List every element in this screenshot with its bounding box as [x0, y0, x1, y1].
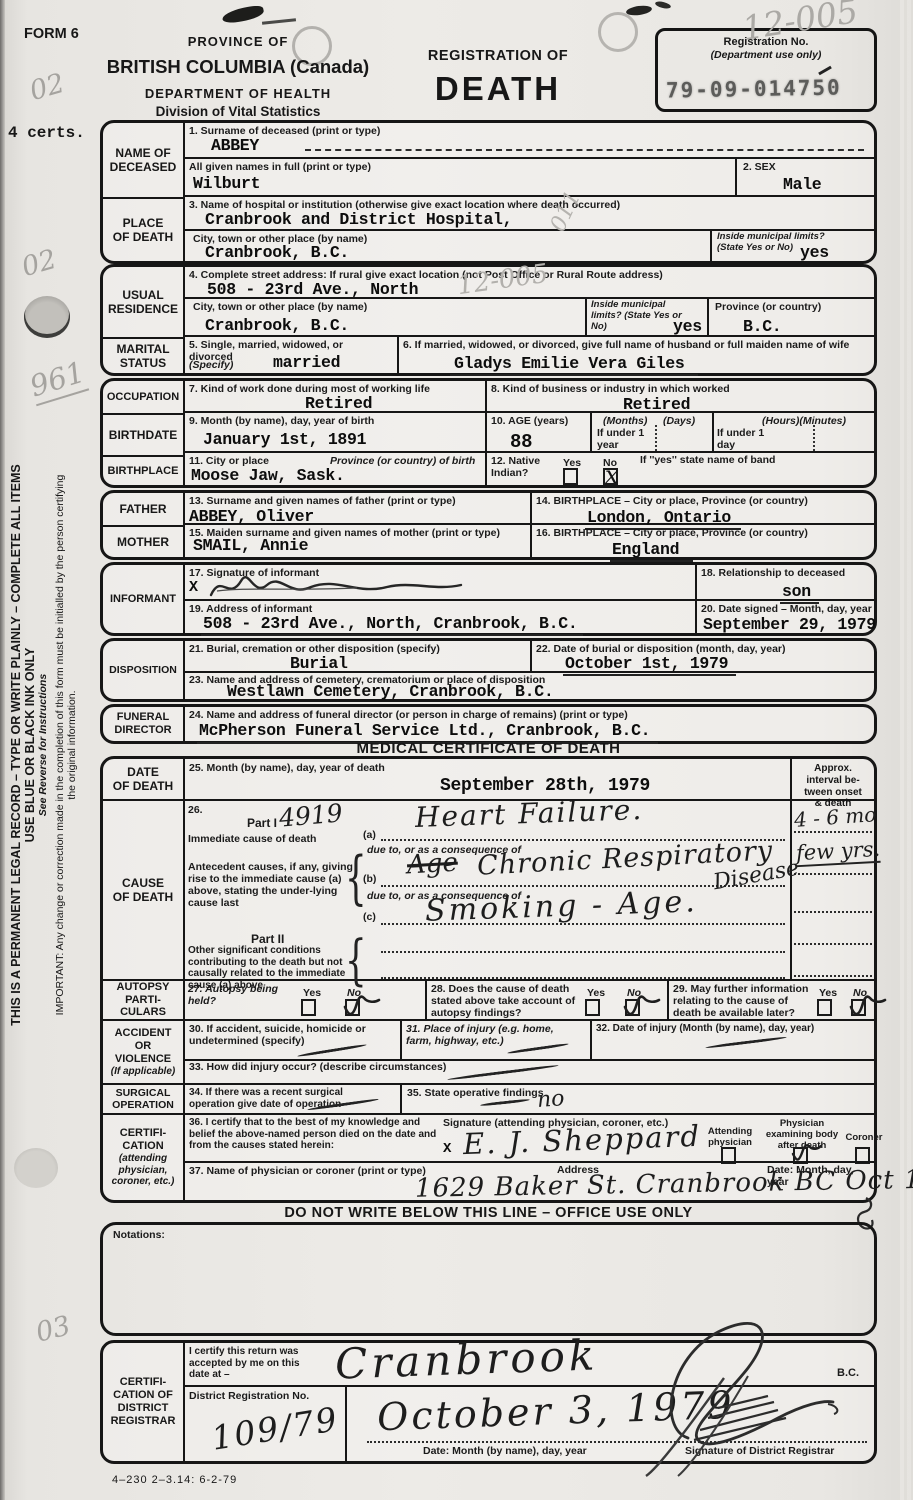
- handwritten-dash: [705, 1036, 787, 1049]
- form-number: FORM 6: [24, 26, 79, 42]
- handwritten-dash: [480, 1098, 530, 1106]
- registration-no-value: 79-09-014750: [666, 75, 842, 102]
- ink-smudge: [262, 18, 296, 25]
- cause-c-label: (c): [363, 911, 376, 923]
- spouse-value: Gladys Emilie Vera Giles: [450, 354, 698, 376]
- sex-value: Male: [783, 175, 821, 194]
- ink-smudge: [626, 4, 653, 17]
- residence-limits-label: Inside municipal limits? (State Yes or N…: [591, 300, 683, 333]
- cell-divider: [585, 299, 587, 335]
- margin-line4: IMPORTANT: Any change or correction made…: [54, 430, 78, 1060]
- section-label-surgical: SURGICALOPERATION: [103, 1085, 183, 1115]
- part2-line: [381, 977, 785, 979]
- birthdate-value: January 1st, 1891: [203, 430, 366, 449]
- department: DEPARTMENT OF HEALTH: [108, 86, 368, 101]
- limits-value: yes: [800, 243, 829, 262]
- death-registration-scan: FORM 6 02 4 certs. 02 961 03 PROVINCE OF…: [0, 0, 913, 1500]
- q29-yes: Yes: [819, 987, 837, 999]
- cemetery-value: Westlawn Cemetery, Cranbrook, B.C.: [227, 682, 553, 701]
- q36-label: 36. I certify that to the best of my kno…: [189, 1117, 437, 1152]
- marital-value: married: [273, 353, 340, 372]
- funeral-director-box: FUNERALDIRECTOR 24. Name and address of …: [100, 704, 877, 744]
- days-label: (Days): [663, 415, 695, 427]
- section-label-place-of-death: PLACEOF DEATH: [103, 199, 183, 261]
- q27-yes-checkbox: [301, 999, 316, 1016]
- pencil-mark: 02: [18, 244, 60, 283]
- district-registrar-signature: [628, 1318, 858, 1478]
- cell-divider: [485, 413, 487, 451]
- informant-address-value: 508 - 23rd Ave., North, Cranbrook, B.C.: [201, 614, 583, 636]
- age-value: 88: [510, 431, 532, 453]
- cell-divider: [400, 1085, 402, 1113]
- registration-of: REGISTRATION OF: [378, 48, 618, 64]
- street-value: 508 - 23rd Ave., North: [207, 280, 418, 299]
- native-yes-checkbox: [563, 468, 578, 485]
- birthplace-value: Moose Jaw, Sask.: [191, 466, 345, 485]
- cause-a-value: Heart Failure.: [414, 793, 643, 834]
- cell-divider: [530, 493, 532, 523]
- q27-yes: Yes: [303, 987, 321, 999]
- part1-handwritten-code: 4919: [278, 798, 344, 832]
- date-signed-value: September 29, 1979: [703, 615, 876, 634]
- q29-no-checkmark: [847, 993, 887, 1021]
- cell-divider: [712, 413, 714, 451]
- section-label-disposition: DISPOSITION: [103, 641, 183, 699]
- province-label: Province (or country): [715, 301, 821, 313]
- q34-label: 34. If there was a recent surgical opera…: [189, 1087, 389, 1110]
- cause-b-struck-value: Age: [406, 848, 458, 881]
- q27-no-checkmark: [341, 993, 381, 1021]
- death-title: DEATH: [378, 70, 618, 108]
- residence-limits-value: yes: [673, 317, 702, 336]
- q29-yes-checkbox: [817, 999, 832, 1016]
- cause-26-label: 26.: [188, 804, 203, 816]
- father-name-value: ABBEY, Oliver: [189, 507, 314, 526]
- cell-divider: [710, 231, 712, 261]
- cell-divider: [695, 601, 697, 633]
- cell-divider: [530, 525, 532, 557]
- margin-line2: USE BLUE OR BLACK INK ONLY: [23, 430, 37, 1060]
- occupation-birth-box: OCCUPATION BIRTHDATE BIRTHPLACE 7. Kind …: [100, 378, 877, 488]
- q29-label: 29. May further information relating to …: [673, 983, 815, 1019]
- age-label: 10. AGE (years): [491, 415, 568, 427]
- q28-no-checkmark: [621, 993, 661, 1021]
- antecedent-label: Antecedent causes, if any, giving rise t…: [188, 861, 358, 909]
- q28-label: 28. Does the cause of death stated above…: [431, 983, 586, 1019]
- q33-label: 33. How did injury occur? (describe circ…: [189, 1061, 446, 1073]
- native-indian-label: 12. Native Indian?: [491, 455, 549, 479]
- cause-b-label: (b): [363, 873, 376, 885]
- section-label-mother: MOTHER: [103, 527, 183, 557]
- father-birthplace-label: 14. BIRTHPLACE – City or place, Province…: [536, 495, 808, 507]
- do-not-write-line: DO NOT WRITE BELOW THIS LINE – OFFICE US…: [100, 1205, 877, 1221]
- pencil-mark: 02: [26, 68, 68, 107]
- part1-label: Part I: [247, 817, 277, 831]
- ink-smudge: [221, 4, 265, 25]
- hours-label: (Hours)(Minutes): [762, 415, 846, 427]
- province-value: B.C.: [743, 317, 781, 336]
- under-day-label: If under 1 day: [717, 427, 769, 451]
- section-label-district-registrar: CERTIFI-CATION OF DISTRICTREGISTRAR: [103, 1343, 183, 1461]
- informant-signature: [207, 571, 467, 601]
- district-reg-no-value: 109/79: [209, 1399, 342, 1458]
- cell-divider: [345, 1387, 347, 1461]
- sex-label: 2. SEX: [743, 161, 776, 173]
- part2-line: [381, 951, 785, 953]
- cell-divider: [590, 413, 592, 451]
- handwritten-dash: [447, 1064, 559, 1081]
- cell-divider: [590, 1021, 592, 1059]
- writing-line: [305, 149, 864, 151]
- name-place-box: NAME OFDECEASED PLACEOF DEATH 1. Surname…: [100, 120, 877, 264]
- section-label-birthdate: BIRTHDATE: [103, 415, 183, 457]
- death-date-label: 25. Month (by name), day, year of death: [189, 762, 385, 774]
- q35-answer: no: [536, 1086, 565, 1113]
- funeral-director-label: 24. Name and address of funeral director…: [189, 709, 628, 721]
- section-label-cause-of-death: CAUSEOF DEATH: [103, 801, 183, 981]
- q32-label: 32. Date of injury (Month (by name), day…: [596, 1023, 872, 1035]
- registration-no-sub: (Department use only): [658, 49, 874, 61]
- cell-divider: [667, 981, 669, 1019]
- punch-hole: [14, 1148, 58, 1188]
- industry-value: Retired: [623, 395, 690, 414]
- form-code: 4–230 2–3.14: 6-2-79: [112, 1474, 237, 1486]
- margin-line3: See Reverse for Instructions: [37, 430, 49, 1060]
- under-year-label: If under 1 year: [597, 427, 649, 451]
- ink-smudge: [655, 0, 672, 10]
- mother-name-value: SMAIL, Annie: [193, 536, 308, 555]
- relationship-label: 18. Relationship to deceased: [701, 567, 845, 579]
- accepted-label: I certify this return was accepted by me…: [189, 1346, 321, 1381]
- section-label-father: FATHER: [103, 493, 183, 527]
- section-label-birthplace: BIRTHPLACE: [103, 457, 183, 485]
- section-label-funeral-director: FUNERALDIRECTOR: [103, 707, 183, 741]
- physician-x: X: [443, 1141, 451, 1157]
- ink-tick: [818, 66, 832, 76]
- birth-province-label: Province (or country) of birth: [330, 455, 475, 467]
- mother-birthplace-label: 16. BIRTHPLACE – City or place, Province…: [536, 527, 808, 539]
- division: Division of Vital Statistics: [108, 104, 368, 119]
- disposition-type-value: Burial: [290, 654, 348, 673]
- scan-left-edge: [0, 0, 5, 1500]
- cell-divider: [530, 641, 532, 671]
- q35-label: 35. State operative findings: [407, 1087, 544, 1099]
- registrar-date-label: Date: Month (by name), day, year: [423, 1445, 587, 1457]
- section-label-name-of-deceased: NAME OFDECEASED: [103, 123, 183, 199]
- given-names-label: All given names in full (print or type): [189, 161, 371, 173]
- pencil-mark: 03: [33, 1310, 74, 1348]
- immediate-cause-label: Immediate cause of death: [188, 833, 363, 845]
- native-no-mark: x: [605, 461, 619, 489]
- mother-birthplace-value: England: [610, 540, 693, 562]
- margin-instructions: THIS IS A PERMANENT LEGAL RECORD – TYPE …: [9, 430, 95, 1060]
- parents-box: FATHER MOTHER 13. Surname and given name…: [100, 490, 877, 560]
- surname-value: ABBEY: [211, 136, 259, 155]
- medical-certificate-title: MEDICAL CERTIFICATE OF DEATH: [100, 740, 877, 757]
- marital-specify-label: (Specify): [189, 359, 233, 371]
- q37-label: 37. Name of physician or coroner (print …: [189, 1165, 426, 1177]
- residence-marital-box: USUALRESIDENCE MARITALSTATUS 4. Complete…: [100, 264, 877, 376]
- district-reg-no-label: District Registration No.: [189, 1390, 339, 1402]
- work-value: Retired: [305, 394, 372, 413]
- province-of: PROVINCE OF: [118, 34, 358, 49]
- birthdate-label: 9. Month (by name), day, year of birth: [189, 415, 374, 427]
- q27-label: 27. Autopsy being held?: [188, 983, 288, 1007]
- informant-x: X: [189, 579, 198, 596]
- medical-certificate-box: DATEOF DEATH CAUSEOF DEATH AUTOPSYPARTI-…: [100, 756, 877, 1203]
- q31-label: 31. Place of injury (e.g. home, farm, hi…: [406, 1023, 556, 1047]
- q30-label: 30. If accident, suicide, homicide or un…: [189, 1023, 384, 1047]
- hospital-value: Cranbrook and District Hospital,: [205, 210, 512, 229]
- cell-divider: [397, 337, 399, 373]
- spouse-label: 6. If married, widowed, or divorced, giv…: [403, 339, 873, 351]
- pencil-mark: 12-005: [455, 259, 550, 301]
- cell-divider: [707, 299, 709, 335]
- section-label-usual-residence: USUALRESIDENCE: [103, 267, 183, 339]
- staple-hole-ring: [598, 12, 638, 52]
- physician-address-value: 1629 Baker St. Cranbrook BC Oct 1/79: [415, 1164, 913, 1204]
- residence-city-value: Cranbrook, B.C.: [205, 316, 349, 335]
- registrar-place-handwritten: Cranbrook: [334, 1330, 599, 1388]
- pencil-mark: 961: [26, 355, 90, 407]
- cell-divider: [400, 1021, 402, 1059]
- industry-label: 8. Kind of business or industry in which…: [491, 383, 730, 395]
- section-label-date-of-death: DATEOF DEATH: [103, 759, 183, 801]
- coroner-label: Coroner: [841, 1133, 887, 1144]
- section-label-autopsy: AUTOPSYPARTI-CULARS: [103, 981, 183, 1021]
- province-name: BRITISH COLUMBIA (Canada): [88, 56, 388, 78]
- section-label-informant: INFORMANT: [103, 565, 183, 633]
- cell-divider: [485, 453, 487, 485]
- cell-divider: [425, 981, 427, 1019]
- notations-label: Notations:: [113, 1229, 165, 1241]
- physician-signature-value: E. J. Sheppard: [462, 1119, 701, 1161]
- cell-divider: [485, 381, 487, 411]
- cause-a-label: (a): [363, 829, 376, 841]
- death-city-value: Cranbrook, B.C.: [205, 243, 349, 262]
- disposition-box: DISPOSITION 21. Burial, cremation or oth…: [100, 638, 877, 702]
- dotted-divider: [655, 425, 657, 451]
- dotted-divider: [813, 425, 815, 451]
- date-signed-label: 20. Date signed – Month, day, year: [701, 603, 872, 615]
- informant-box: INFORMANT 17. Signature of informant X 1…: [100, 562, 877, 636]
- months-label: (Months): [603, 415, 647, 427]
- section-label-marital-status: MARITALSTATUS: [103, 339, 183, 373]
- punch-hole: [24, 296, 70, 338]
- certs-note: 4 certs.: [8, 124, 85, 142]
- section-label-occupation: OCCUPATION: [103, 381, 183, 415]
- cell-divider: [735, 159, 737, 195]
- band-label: If ''yes'' state name of band: [640, 454, 775, 466]
- father-name-label: 13. Surname and given names of father (p…: [189, 495, 456, 507]
- given-names-value: Wilburt: [193, 174, 260, 193]
- section-label-accident: ACCIDENTORVIOLENCE (If applicable): [103, 1021, 183, 1085]
- q28-yes-checkbox: [585, 999, 600, 1016]
- residence-city-label: City, town or other place (by name): [193, 301, 367, 313]
- cell-divider: [695, 565, 697, 599]
- attending-physician-label: Attending physician: [701, 1127, 759, 1149]
- margin-line1: THIS IS A PERMANENT LEGAL RECORD – TYPE …: [9, 430, 23, 1060]
- section-label-certification: CERTIFI-CATION (attending physician, cor…: [103, 1115, 183, 1200]
- scan-right-streaks: [897, 0, 913, 1500]
- q28-yes: Yes: [587, 987, 605, 999]
